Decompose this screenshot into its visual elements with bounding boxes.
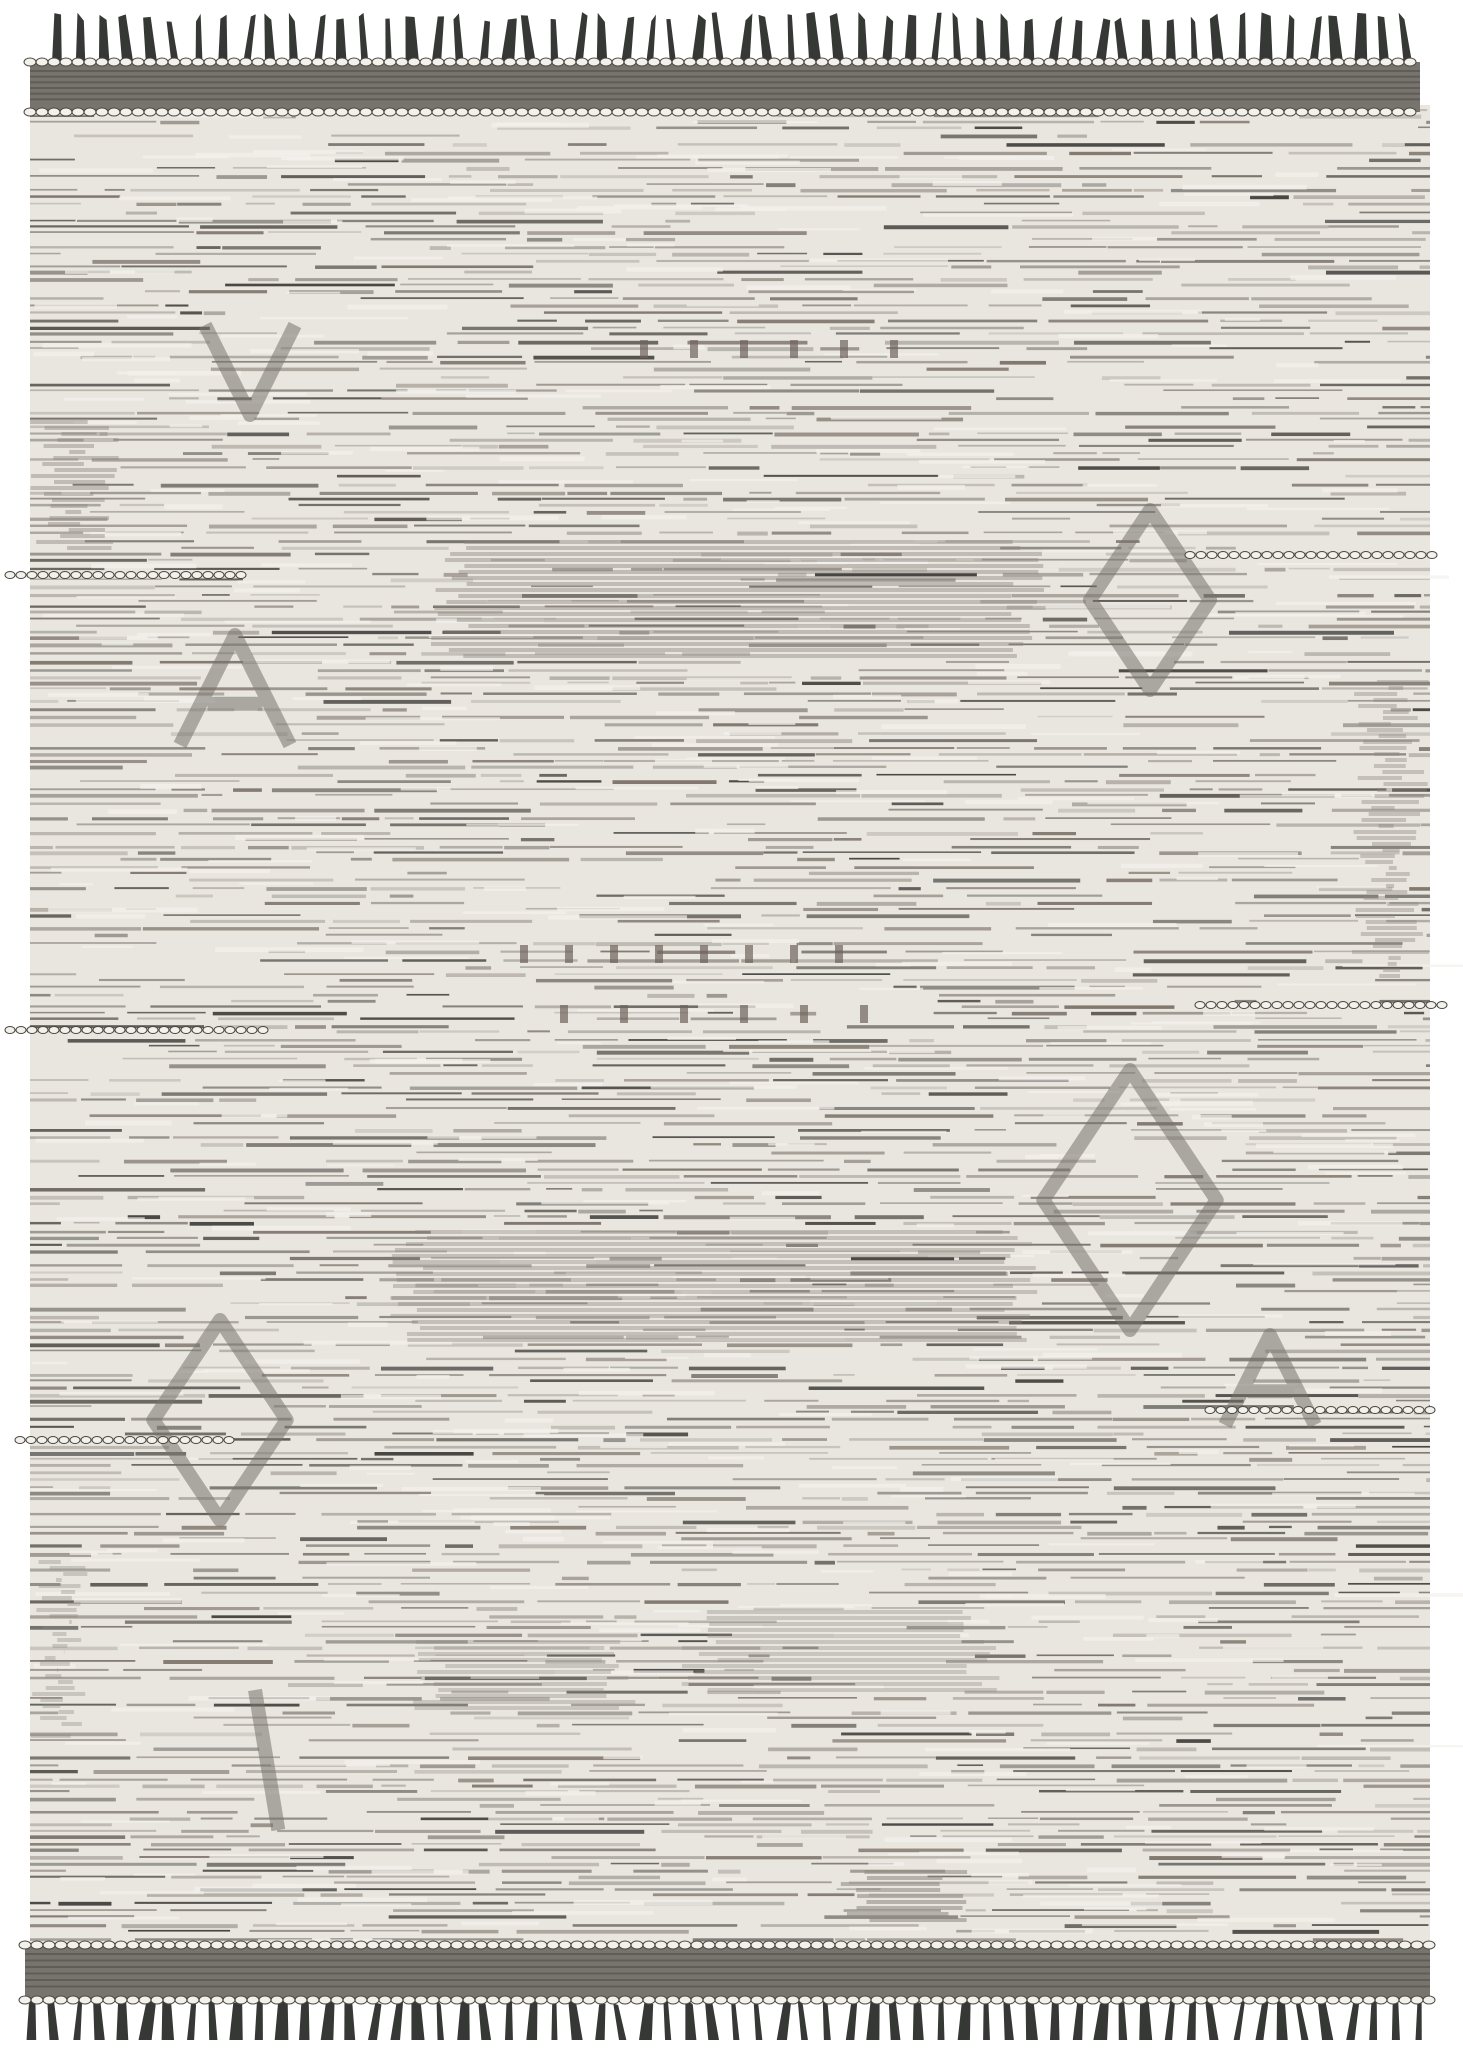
rug-illustration	[0, 0, 1463, 2048]
rug-photo	[0, 0, 1463, 2048]
top-fringe	[52, 12, 1413, 65]
